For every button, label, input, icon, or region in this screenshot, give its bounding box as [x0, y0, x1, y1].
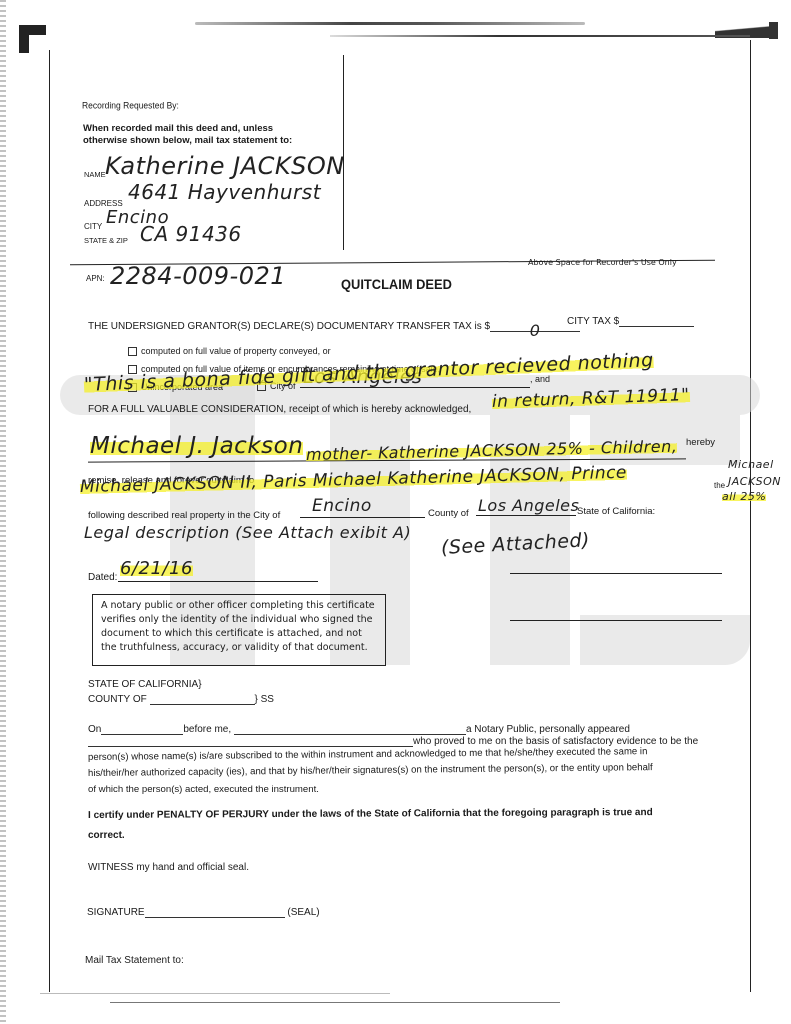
dated-value: 6/21/16 [120, 558, 193, 579]
tax-declaration: THE UNDERSIGNED GRANTOR(S) DECLARE(S) DO… [88, 321, 580, 332]
property-county: Los Angeles [478, 496, 579, 515]
signature-label: SIGNATURE [87, 907, 145, 918]
tax-declaration-text: THE UNDERSIGNED GRANTOR(S) DECLARE(S) DO… [88, 321, 490, 332]
recording-requested-label: Recording Requested By: [82, 100, 179, 111]
city-of-blank [300, 387, 530, 388]
recorder-note: Above Space for Recorder's Use Only [528, 258, 677, 267]
notary-notice-text: A notary public or other officer complet… [101, 600, 375, 653]
name-label: NAME [84, 170, 106, 179]
deed-page: Recording Requested By: When recorded ma… [0, 0, 791, 1024]
corner-mark-icon [19, 25, 46, 53]
on-date-field[interactable] [101, 724, 183, 735]
property-city: Encino [312, 496, 372, 516]
dated-label: Dated: [88, 572, 117, 583]
grantee-aside-3: all 25% [722, 490, 766, 503]
frame-right [750, 40, 751, 992]
mail-tax-statement: Mail Tax Statement to: [85, 955, 184, 966]
hereby-label: hereby [686, 437, 715, 448]
grantee-aside-2: JACKSON [728, 475, 781, 488]
notary-signature-field[interactable] [145, 907, 285, 918]
mail-instructions-1: When recorded mail this deed and, unless [83, 123, 273, 134]
scan-edge [0, 0, 6, 1024]
notary-line-2: who proved to me on the basis of satisfa… [88, 736, 698, 747]
state-label: State of California: [577, 506, 655, 517]
county-blank [476, 515, 576, 516]
notary-appeared-label: a Notary Public, personally appeared [466, 724, 630, 735]
property-text: following described real property in the… [88, 510, 280, 521]
apn-value: 2284-009-021 [110, 262, 286, 290]
document-title: QUITCLAIM DEED [341, 276, 452, 292]
grantor-name: Michael J. Jackson [90, 433, 303, 459]
on-label: On [88, 724, 101, 735]
before-me-label: before me, [183, 724, 231, 735]
mail-to-name: Katherine JACKSON [105, 152, 345, 180]
city-tax-field[interactable] [619, 316, 694, 327]
scan-artifact-line [330, 35, 750, 37]
signature-line-1[interactable] [510, 573, 722, 574]
county-label: County of [428, 508, 469, 519]
notary-name-field[interactable] [234, 724, 466, 735]
seal-label: (SEAL) [287, 907, 319, 918]
ack-line-1: person(s) whose name(s) is/are subscribe… [88, 746, 647, 763]
state-zip-label: STATE & ZIP [84, 236, 128, 245]
ss-label: } SS [255, 694, 274, 705]
consideration-text: FOR A FULL VALUABLE CONSIDERATION, recei… [88, 404, 471, 415]
mail-to-address: 4641 Hayvenhurst [128, 180, 321, 204]
notary-line-1: Onbefore me, a Notary Public, personally… [88, 724, 630, 735]
perjury-line-1: I certify under PENALTY OF PERJURY under… [88, 807, 653, 821]
handwritten-gift-note-2: in return, R&T 11911" [492, 385, 690, 412]
frame-left [49, 50, 50, 992]
dated-blank [118, 581, 318, 582]
city-tax: CITY TAX $ [567, 316, 694, 327]
signature-line-2[interactable] [510, 620, 722, 621]
grantee-line-2: Michael JACKSON II, Paris Michael Kather… [80, 463, 627, 497]
apn-label: APN: [86, 274, 105, 283]
county-of-label: COUNTY OF [88, 694, 147, 705]
state-of: STATE OF CALIFORNIA} [88, 679, 202, 690]
ack-line-3: of which the person(s) acted, executed t… [88, 784, 319, 795]
city-label: CITY [84, 222, 102, 231]
proved-text: who proved to me on the basis of satisfa… [413, 736, 698, 747]
mail-instructions-2: otherwise shown below, mail tax statemen… [83, 135, 292, 146]
transfer-tax-value: 0 [530, 321, 541, 340]
appeared-person-field[interactable] [88, 736, 413, 747]
grantee-aside-1: Michael [728, 458, 774, 471]
county-of: COUNTY OF } SS [88, 694, 274, 705]
mail-to-state-zip: CA 91436 [140, 222, 242, 246]
witness-text: WITNESS my hand and official seal. [88, 862, 249, 873]
corner-mark-right-icon [769, 22, 778, 39]
perjury-line-2: correct. [88, 830, 125, 841]
checkbox-icon[interactable] [128, 347, 137, 356]
legal-description: Legal description (See Attach exibit A) [84, 523, 411, 542]
county-of-field[interactable] [150, 694, 255, 705]
city-tax-label: CITY TAX $ [567, 316, 619, 327]
signature-row: SIGNATURE (SEAL) [87, 907, 320, 918]
scan-artifact-line [195, 22, 585, 25]
option-computed-full-value[interactable]: computed on full value of property conve… [128, 346, 331, 356]
see-attached: (See Attached) [440, 529, 590, 559]
notary-notice-box: A notary public or other officer complet… [92, 594, 386, 666]
the-label: the [714, 481, 725, 490]
scan-artifact-bottom-line [40, 993, 390, 994]
option-label: computed on full value of property conve… [141, 346, 331, 356]
ack-line-2: his/their/her authorized capacity (ies),… [88, 762, 653, 779]
property-city-blank [300, 517, 425, 518]
scan-artifact-bottom [110, 1002, 560, 1003]
